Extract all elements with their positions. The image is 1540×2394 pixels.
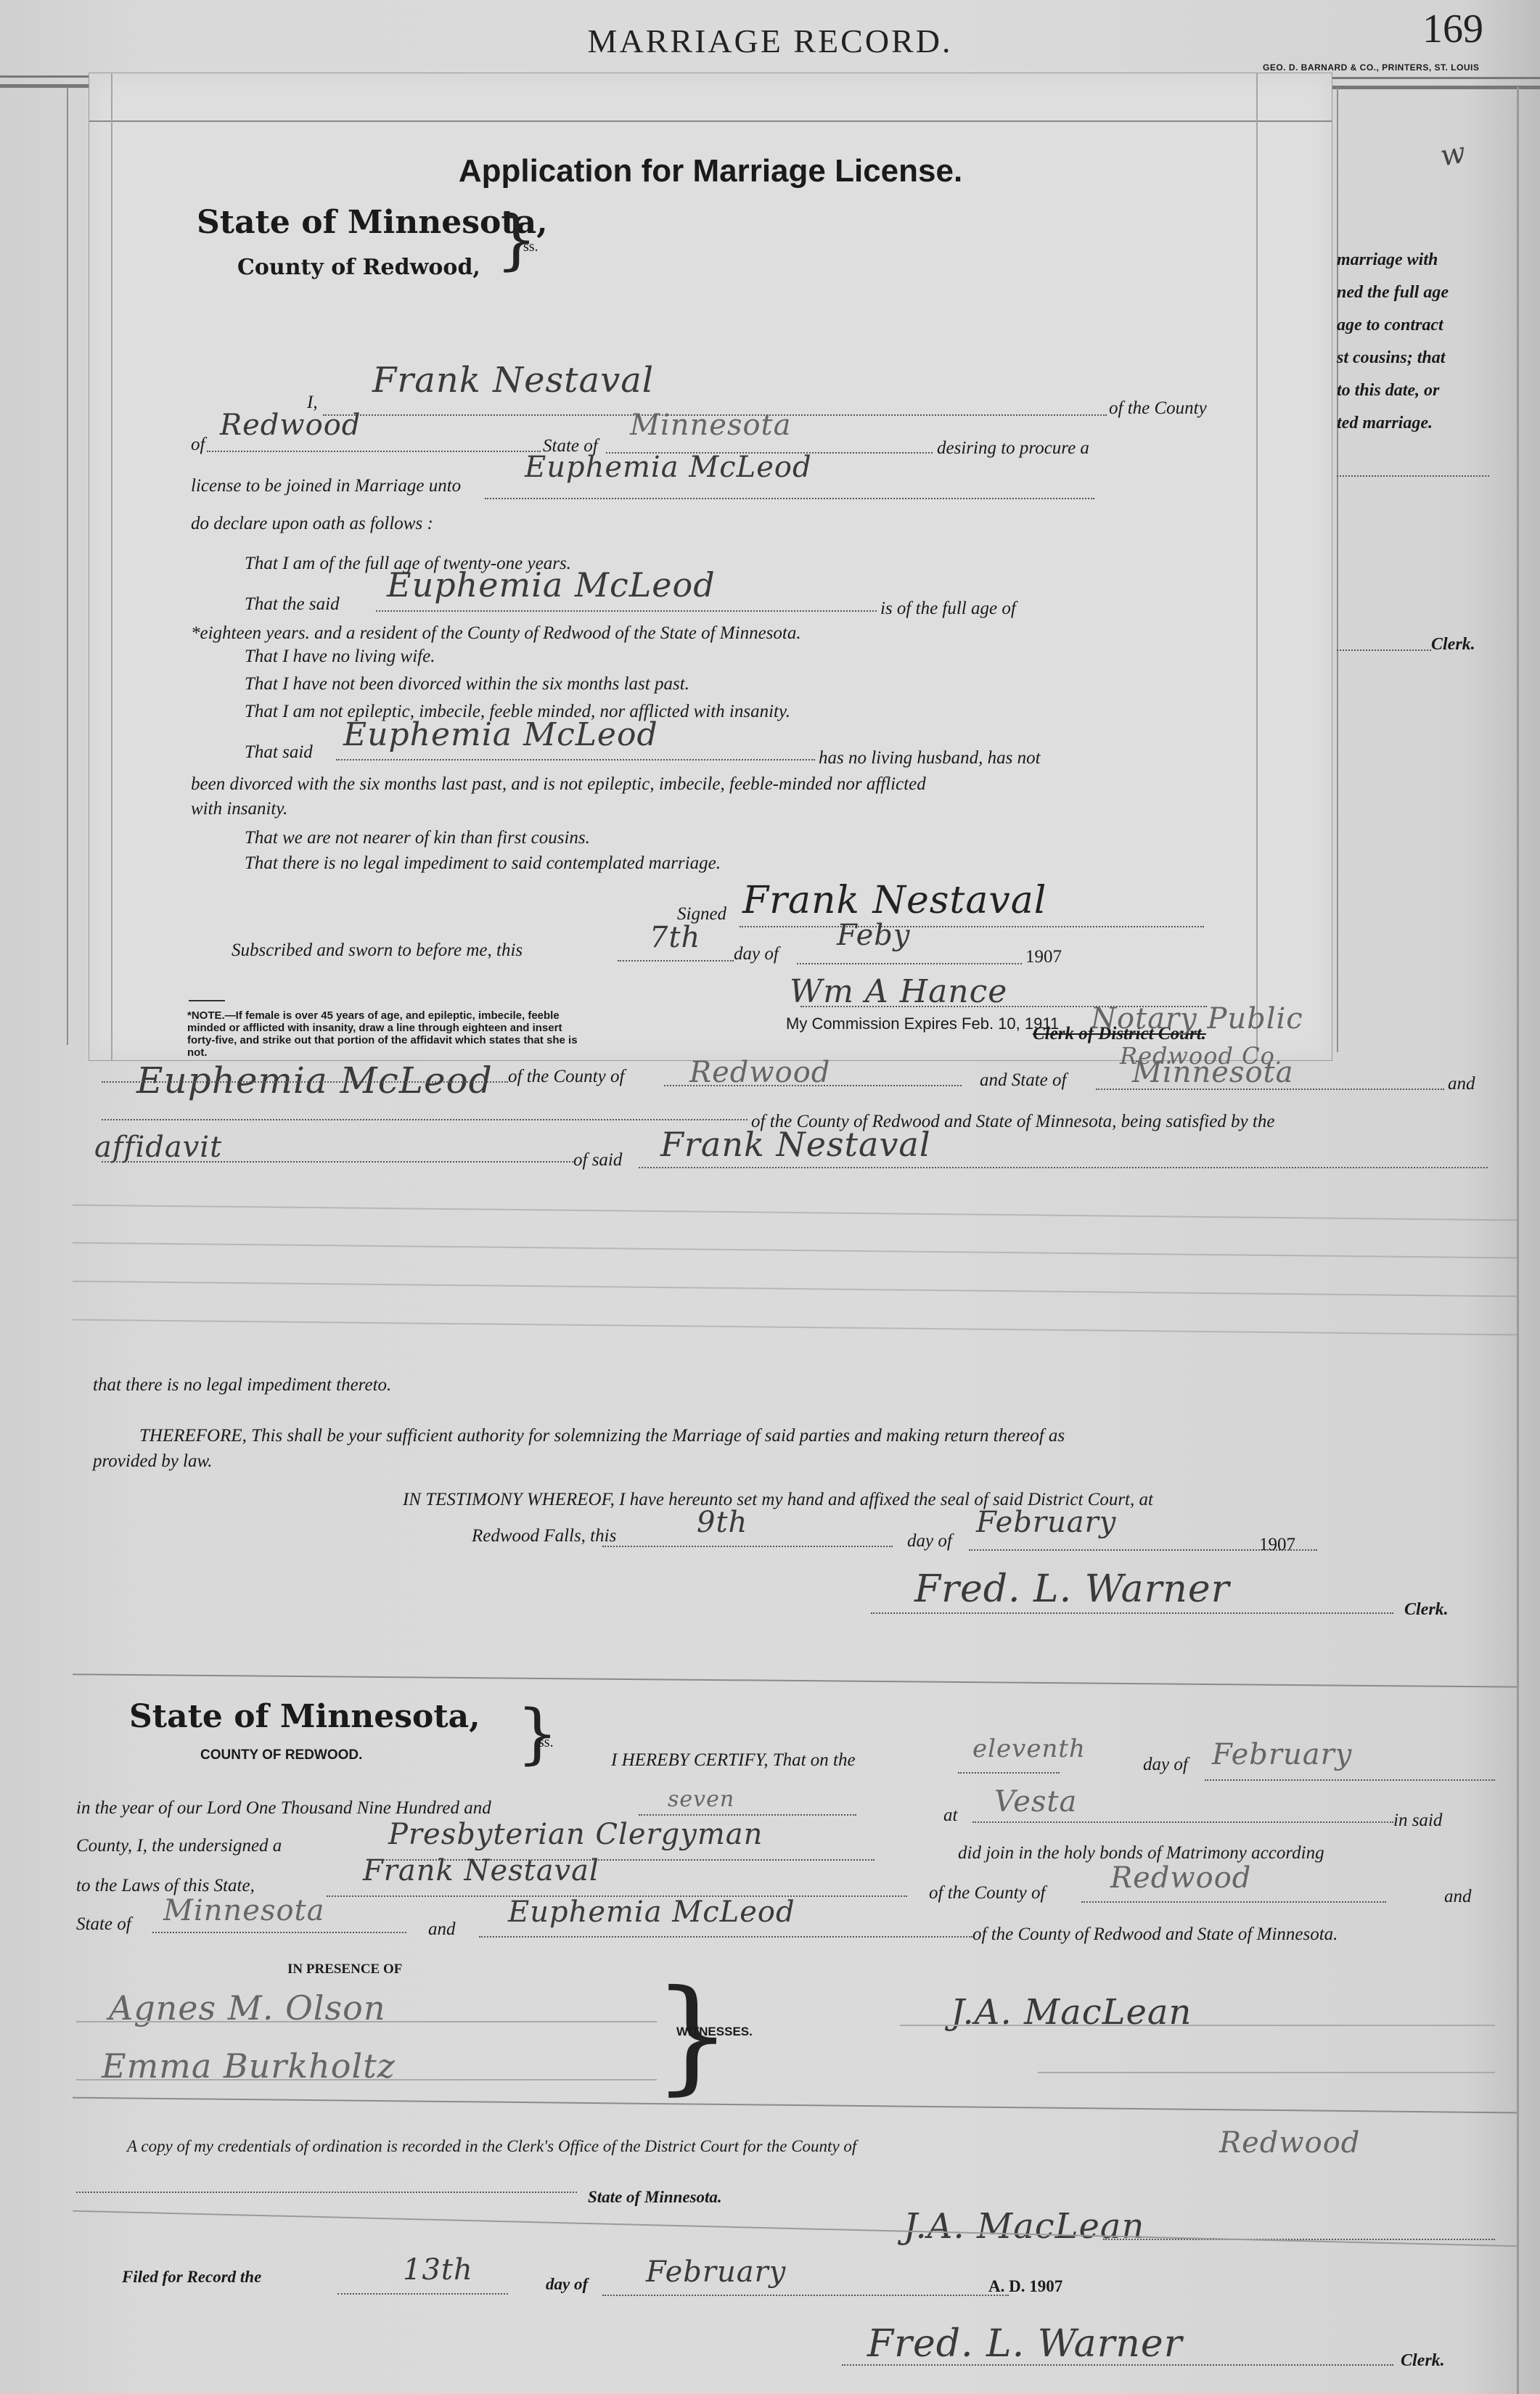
printer-imprint: GEO. D. BARNARD & CO., PRINTERS, ST. LOU… [1263,62,1479,73]
license-clerk-signature: Fred. L. Warner [914,1567,1230,1611]
oath-bride-suffix: is of the full age of [880,599,1016,619]
year-blank [639,1814,856,1816]
did-join-text: did join in the holy bonds of Matrimony … [958,1843,1324,1864]
sworn-day-of: day of [734,944,779,964]
oath-residence: *eighteen years. and a resident of the C… [191,623,801,644]
application-form: Application for Marriage License. State … [89,73,1332,1061]
presence-label: IN PRESENCE OF [287,1961,402,1977]
signature-blank [740,926,1204,927]
form-margin-line [111,73,112,1060]
license-of-said: of said [573,1150,622,1171]
filed-day: 13th [403,2253,473,2287]
oath-no-wife: That I have no living wife. [245,647,435,667]
certificate-county-heading: COUNTY OF REDWOOD. [200,1747,362,1763]
witness-1-blank [76,2021,657,2022]
underlay-clerk-label: Clerk. [1431,635,1475,655]
form-fold-line [89,120,1332,122]
license-county-label: of the County of [508,1067,624,1087]
bride-residence: of the County of Redwood and State of Mi… [972,1924,1338,1945]
license-and: and [1448,1074,1475,1094]
certify-year: seven [668,1787,734,1812]
sworn-month-blank [797,963,1022,964]
license-state: Minnesota [1132,1056,1293,1089]
sworn-month: Feby [837,919,910,952]
certify-month-blank [1205,1779,1495,1781]
license-impediment: that there is no legal impediment theret… [93,1375,391,1395]
oath-bride-divorce: been divorced with the six months last p… [191,774,926,795]
filed-clerk-label: Clerk. [1401,2351,1445,2371]
oath-bride2-prefix: That said [245,742,313,763]
filed-month: February [646,2255,786,2289]
certificate-groom: Frank Nestaval [363,1854,599,1887]
certify-day: eleventh [972,1734,1086,1763]
applicant-state: Minnesota [630,409,791,442]
filed-month-blank [602,2295,1009,2296]
filed-label: Filed for Record the [122,2268,261,2287]
bride-blank-3 [336,759,815,761]
certificate-groom-county: Redwood [1110,1861,1251,1895]
certify-day-blank [958,1772,1060,1774]
credentials-text: A copy of my credentials of ordination i… [127,2137,856,2156]
form-margin-line [1256,73,1258,1060]
filed-clerk-blank [842,2364,1393,2366]
notary-signature: Wm A Hance [790,973,1007,1010]
and-label: and [1444,1887,1472,1907]
witness-2-blank [76,2079,657,2081]
license-county: Redwood [689,1056,830,1089]
underlay-text: marriage with [1337,250,1438,270]
bride-name: Euphemia McLeod [525,451,812,484]
certificate-groom-state: Minnesota [163,1894,324,1927]
underlay-text: st cousins; that [1337,348,1445,368]
commission-expires: My Commission Expires Feb. 10, 1911 [786,1014,1059,1033]
applicant-county: Redwood [220,409,361,442]
license-therefore: THEREFORE, This shall be your sufficient… [139,1426,1065,1446]
certificate-state-heading: State of Minnesota, [129,1698,480,1735]
license-blank [102,1081,508,1083]
underlay-text: age to contract [1337,316,1443,335]
ledger-rule [0,75,89,78]
license-day-blank [602,1546,893,1547]
margin-line [67,87,68,1045]
filed-year: A. D. 1907 [988,2277,1062,2296]
credentials-state: State of Minnesota. [588,2188,722,2207]
officiant-signature-blank [900,2025,1495,2026]
license-applicant-blank [639,1167,1488,1168]
filed-clerk-signature: Fred. L. Warner [867,2322,1183,2366]
certify-place: Vesta [994,1785,1077,1819]
bride-blank-cert [479,1936,972,1938]
license-day: 9th [697,1506,748,1539]
officiant-title: Presbyterian Clergyman [388,1818,763,1851]
state-of-label: State of [76,1914,131,1935]
underlay-blank [1337,475,1489,477]
county-blank [207,451,541,452]
affidavit-note: *NOTE.—If female is over 45 years of age… [187,1009,579,1059]
page-number: 169 [1422,6,1483,52]
certificate-bride: Euphemia McLeod [508,1895,795,1929]
license-bride-name: Euphemia McLeod [136,1059,493,1102]
underlay-text: ned the full age [1337,283,1449,303]
ledger-rule [1331,77,1540,79]
sworn-label: Subscribed and sworn to before me, this [232,940,523,961]
certify-label: I HEREBY CERTIFY, That on the [611,1750,856,1771]
license-clerk-label: Clerk. [1404,1600,1449,1620]
label-license: license to be joined in Marriage unto [191,476,461,496]
laws-label: to the Laws of this State, [76,1876,255,1896]
label-desiring: desiring to procure a [937,438,1089,459]
margin-line [1517,87,1519,2394]
license-clerk-blank [871,1612,1393,1614]
declare-text: do declare upon oath as follows : [191,514,433,534]
groom-state-blank [152,1932,406,1933]
oath-bride-insanity: with insanity. [191,799,287,819]
license-day-of: day of [907,1531,952,1551]
license-applicant-name: Frank Nestaval [660,1125,931,1164]
license-state-label: and State of [980,1070,1066,1091]
underlay-blank [1337,649,1431,651]
filed-day-blank [337,2293,508,2295]
oath-not-divorced: That I have not been divorced within the… [245,674,689,694]
certify-day-of: day of [1143,1755,1188,1775]
page-title: MARRIAGE RECORD. [0,22,1540,60]
oath-impediment: That there is no legal impediment to sai… [245,853,721,874]
officiant-address-blank [1038,2072,1495,2073]
notary-title: Notary Public [1091,1002,1303,1036]
applicant-name: Frank Nestaval [372,360,654,401]
officiant-signature-2: J.A. MacLean [904,2206,1144,2247]
oath-bride2-suffix: has no living husband, has not [819,748,1041,768]
groom-county-blank [1081,1901,1386,1903]
bride-blank [485,498,1094,499]
margin-line [1337,87,1338,1052]
at-label: at [943,1805,957,1826]
underlay-text: ted marriage. [1337,414,1433,433]
bride-blank-2 [376,610,877,612]
place-blank [972,1821,1393,1823]
license-blank-2 [102,1119,748,1120]
credentials-blank [76,2192,577,2193]
county-heading: County of Redwood, [237,255,480,280]
ledger-rule [0,84,89,88]
credentials-county: Redwood [1219,2126,1360,2160]
note-rule [189,1000,225,1001]
oath-bride-prefix: That the said [245,594,340,615]
ledger-rule [1331,86,1540,89]
label-of: of [191,435,205,455]
state-heading: State of Minnesota, [197,204,548,241]
filed-day-of: day of [546,2275,588,2294]
sworn-day: 7th [650,921,700,954]
license-year: 1907 [1259,1535,1295,1555]
undersigned-label: County, I, the undersigned a [76,1836,282,1856]
certificate-ss: ss. [538,1734,554,1751]
license-month: February [976,1506,1116,1539]
bride-name-2: Euphemia McLeod [387,565,716,604]
and-label-2: and [428,1919,456,1940]
applicant-signature: Frank Nestaval [742,879,1047,922]
license-blank-3 [102,1161,573,1163]
application-title: Application for Marriage License. [89,153,1332,189]
oath-kin: That we are not nearer of kin than first… [245,828,590,848]
sworn-day-blank [618,960,734,962]
ss-label: ss. [523,239,538,255]
year-prefix: in the year of our Lord One Thousand Nin… [76,1798,491,1819]
license-affidavit-word: affidavit [94,1131,222,1164]
of-county-label: of the County of [929,1883,1045,1903]
label-of-county: of the County [1109,398,1207,419]
underlay-text: to this date, or [1337,381,1439,401]
in-said-label: in said [1393,1811,1442,1831]
sworn-year: 1907 [1025,947,1062,967]
witnesses-label: WITNESSES. [676,2025,753,2039]
bride-name-3: Euphemia McLeod [343,716,658,753]
license-therefore-2: provided by law. [93,1451,213,1472]
officiant-signature: J.A. MacLean [951,1992,1192,2033]
certify-month: February [1212,1738,1352,1771]
license-place-label: Redwood Falls, this [472,1526,616,1546]
